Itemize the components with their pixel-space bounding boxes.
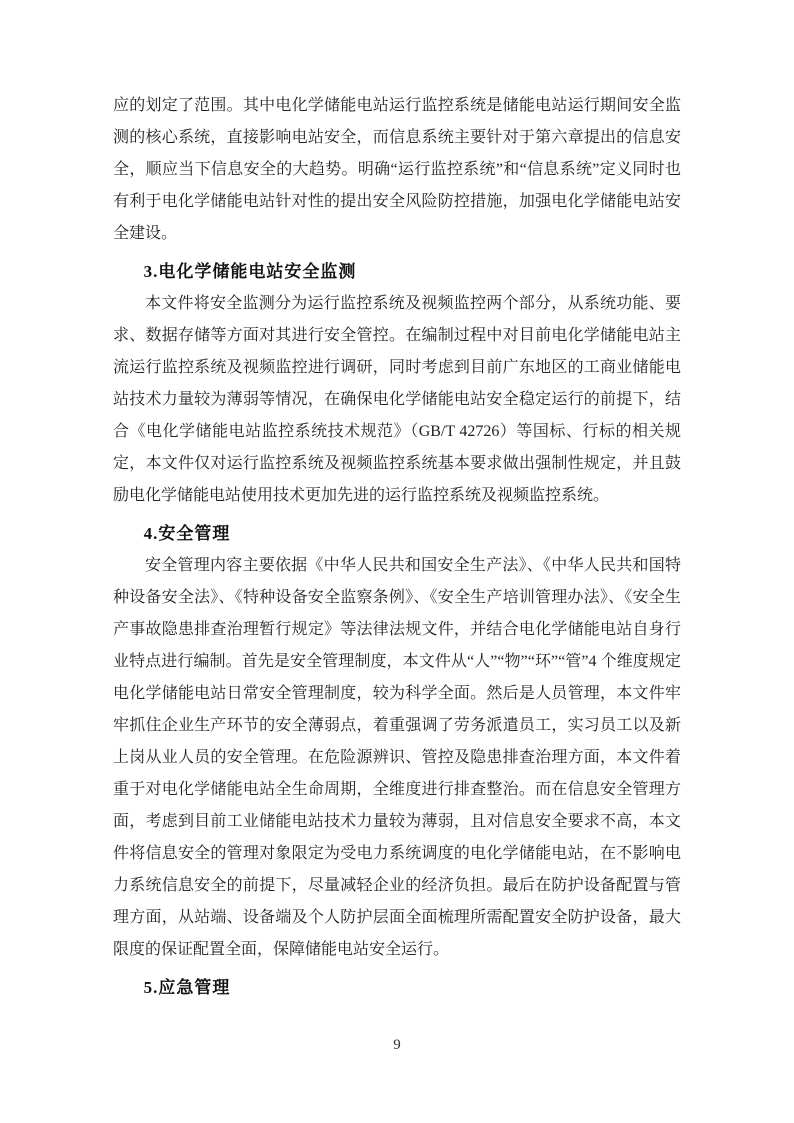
- heading-section-5-emergency-management: 5.应急管理: [113, 972, 681, 1004]
- heading-section-4-safety-management: 4.安全管理: [113, 518, 681, 550]
- document-content: 应的划定了范围。其中电化学储能电站运行监控系统是储能电站运行期间安全监测的核心系…: [113, 0, 681, 1004]
- paragraph-scope-definition-continuation: 应的划定了范围。其中电化学储能电站运行监控系统是储能电站运行期间安全监测的核心系…: [113, 90, 681, 250]
- paragraph-safety-management: 安全管理内容主要依据《中华人民共和国安全生产法》、《中华人民共和国特种设备安全法…: [113, 550, 681, 966]
- heading-section-3-safety-monitoring: 3.电化学储能电站安全监测: [113, 256, 681, 288]
- paragraph-safety-monitoring: 本文件将安全监测分为运行监控系统及视频监控两个部分，从系统功能、要求、数据存储等…: [113, 288, 681, 512]
- page-number: 9: [0, 1032, 794, 1058]
- document-page: 应的划定了范围。其中电化学储能电站运行监控系统是储能电站运行期间安全监测的核心系…: [0, 0, 794, 1123]
